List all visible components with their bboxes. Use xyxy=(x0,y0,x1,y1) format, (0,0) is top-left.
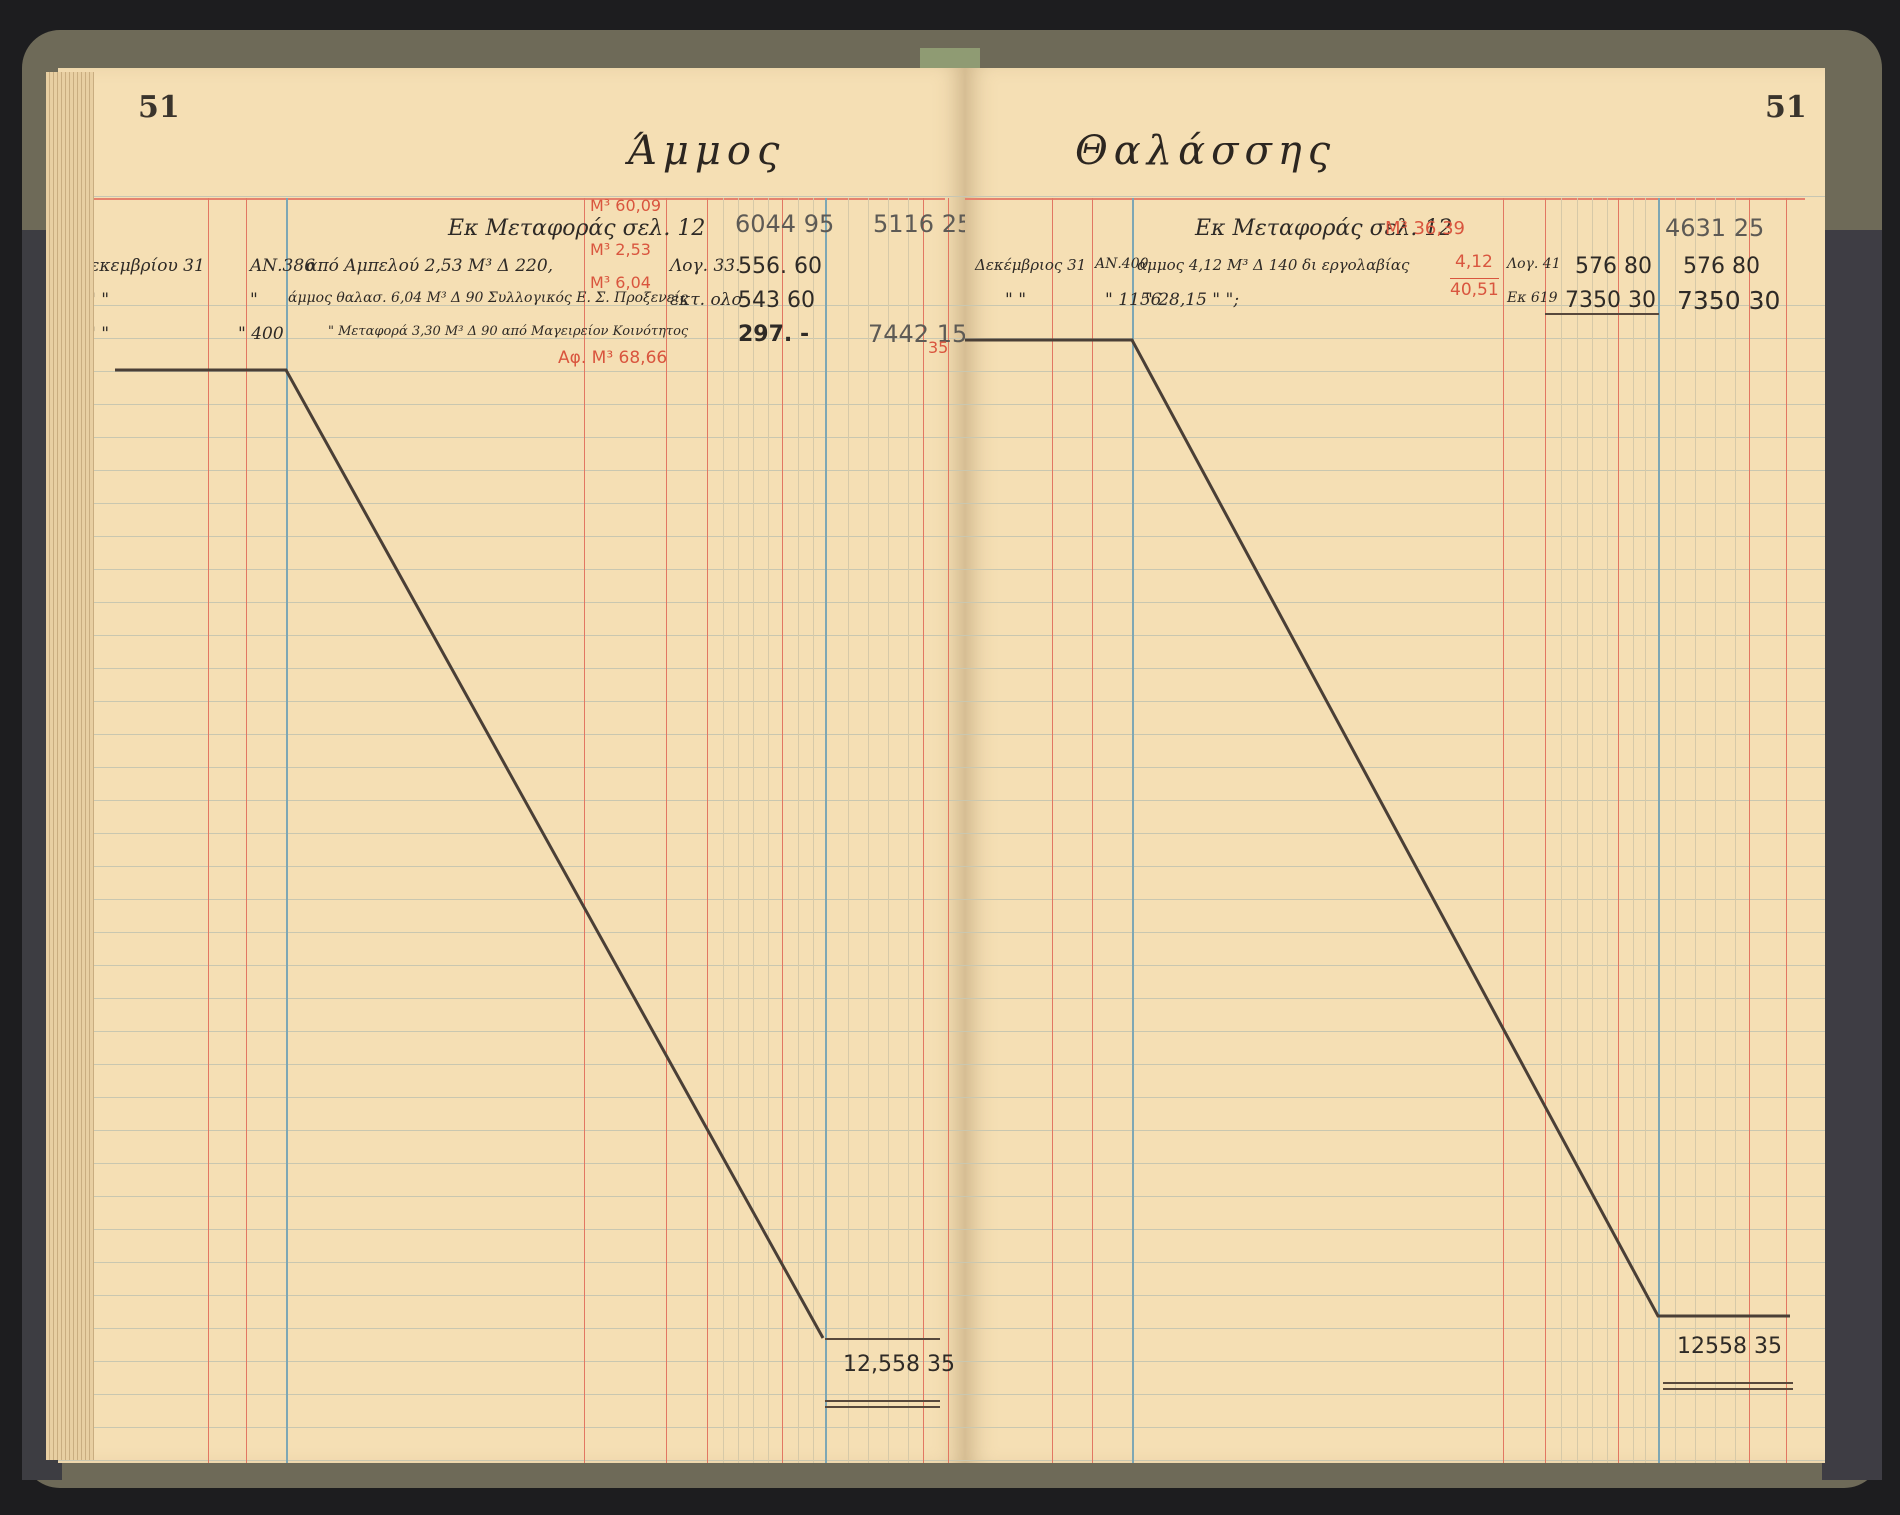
total-double-rule-2 xyxy=(1663,1388,1793,1390)
closing-diagonal-line xyxy=(58,68,965,1463)
total-double-rule-2 xyxy=(825,1406,940,1408)
total-top-rule xyxy=(825,1338,940,1340)
closing-diagonal-line xyxy=(965,68,1825,1463)
page-edges xyxy=(46,72,94,1460)
cover-cloth-right xyxy=(1822,230,1882,1480)
page-total: 12558 35 xyxy=(1677,1334,1782,1359)
page-total: 12,558 35 xyxy=(843,1352,955,1377)
left-page: 51 Άμμος Εκ Μεταφοράς σελ. 12 Μ³ 60,09 6… xyxy=(58,68,965,1463)
total-double-rule xyxy=(825,1400,940,1402)
total-double-rule xyxy=(1663,1382,1793,1384)
right-page: 51 Θαλάσσης Εκ Μεταφοράς σελ. 12 Μ³ 36,3… xyxy=(965,68,1825,1463)
